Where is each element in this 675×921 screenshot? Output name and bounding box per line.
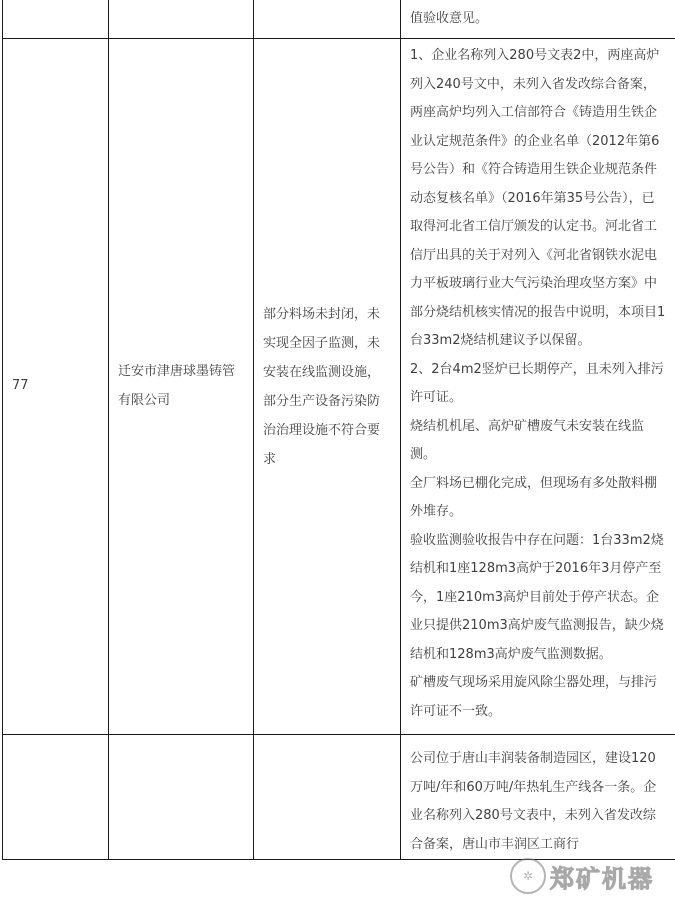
detail-paragraph: 烧结机机尾、高炉矿槽废气未安装在线监测。 — [410, 413, 666, 470]
cell-company: 迁安市津唐球墨铸管有限公司 — [109, 39, 254, 735]
detail-paragraph: 公司位于唐山丰润装备制造园区，建设120万吨/年和60万吨/年热轧生产线各一条。… — [410, 745, 666, 859]
table-row-previous: 值验收意见。 — [3, 0, 675, 39]
detail-paragraph: 矿槽废气现场采用旋风除尘器处理，与排污许可证不一致。 — [410, 669, 666, 726]
detail-paragraph: 全厂料场已棚化完成，但现场有多处散料棚外堆存。 — [410, 470, 666, 527]
cell-issue — [254, 0, 401, 39]
cell-issue — [254, 735, 401, 860]
detail-paragraph: 1、企业名称列入280号文表2中，两座高炉列入240号文中，未列入省发改综合备案… — [410, 42, 666, 356]
cell-number — [3, 735, 109, 860]
watermark-text: 郑矿机器 — [550, 859, 654, 894]
cell-details: 公司位于唐山丰润装备制造园区，建设120万吨/年和60万吨/年热轧生产线各一条。… — [401, 735, 675, 860]
cell-details: 值验收意见。 — [401, 0, 675, 39]
cell-company — [109, 0, 254, 39]
cell-company — [109, 735, 254, 860]
cell-number: 77 — [3, 39, 109, 735]
watermark: ✲ 郑矿机器 — [510, 858, 654, 894]
detail-paragraph: 值验收意见。 — [410, 5, 666, 34]
cell-number — [3, 0, 109, 39]
inspection-table: 值验收意见。 77 迁安市津唐球墨铸管有限公司 部分料场未封闭，未实现全因子监测… — [2, 0, 675, 860]
watermark-logo-icon: ✲ — [510, 858, 546, 894]
detail-paragraph: 验收监测验收报告中存在问题：1台33m2烧结机和1座128m3高炉于2016年3… — [410, 527, 666, 670]
detail-paragraph: 2、2台4m2竖炉已长期停产，且未列入排污许可证。 — [410, 356, 666, 413]
cell-details: 1、企业名称列入280号文表2中，两座高炉列入240号文中，未列入省发改综合备案… — [401, 39, 675, 735]
cell-issue: 部分料场未封闭，未实现全因子监测，未安装在线监测设施，部分生产设备污染防治治理设… — [254, 39, 401, 735]
table-row-next: 公司位于唐山丰润装备制造园区，建设120万吨/年和60万吨/年热轧生产线各一条。… — [3, 735, 675, 860]
document-table-wrapper: 值验收意见。 77 迁安市津唐球墨铸管有限公司 部分料场未封闭，未实现全因子监测… — [2, 0, 673, 860]
table-row-77: 77 迁安市津唐球墨铸管有限公司 部分料场未封闭，未实现全因子监测，未安装在线监… — [3, 39, 675, 735]
